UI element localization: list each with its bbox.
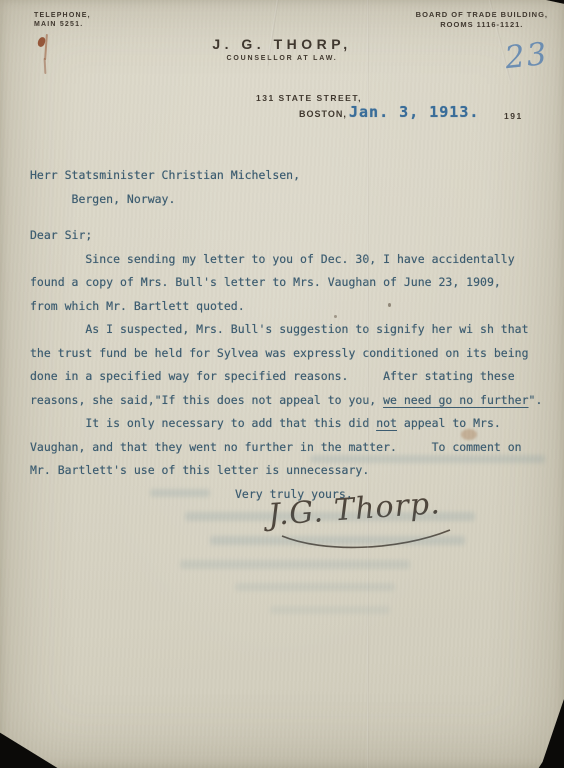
- letter-line: Since sending my letter to you of Dec. 3…: [30, 248, 550, 272]
- typed-text: It is only necessary to add that this di…: [30, 416, 376, 430]
- bleed-through-text: [235, 583, 395, 591]
- typed-text: As I suspected, Mrs. Bull's suggestion t…: [30, 322, 529, 336]
- bleed-through-text: [210, 536, 465, 545]
- printed-year-stub: 191: [504, 111, 523, 121]
- scanned-letter: TELEPHONE, MAIN 5251. J. G. THORP, COUNS…: [0, 0, 564, 768]
- underlined-text: not: [376, 416, 397, 430]
- typed-text: Bergen, Norway.: [30, 192, 175, 206]
- ink-smudge: [461, 429, 477, 440]
- letter-paper: TELEPHONE, MAIN 5251. J. G. THORP, COUNS…: [0, 0, 564, 768]
- typed-text: from which Mr. Bartlett quoted.: [30, 299, 245, 313]
- letter-line: the trust fund be held for Sylvea was ex…: [30, 342, 550, 366]
- handwritten-page-number: 23: [503, 36, 550, 76]
- telephone-block: TELEPHONE, MAIN 5251.: [34, 11, 91, 29]
- street-address: 131 STATE STREET,: [256, 93, 362, 103]
- city-label: BOSTON,: [299, 109, 347, 119]
- building-rooms: ROOMS 1116-1121.: [416, 20, 548, 30]
- typed-text: Dear Sir;: [30, 228, 92, 242]
- typed-text: the trust fund be held for Sylvea was ex…: [30, 346, 529, 360]
- letter-line: done in a specified way for specified re…: [30, 365, 550, 389]
- bleed-through-text: [150, 489, 210, 497]
- typed-text: Herr Statsminister Christian Michelsen,: [30, 168, 300, 182]
- typed-text: found a copy of Mrs. Bull's letter to Mr…: [30, 275, 501, 289]
- recipient-line: Bergen, Norway.: [30, 188, 550, 212]
- firm-name: J. G. THORP,: [182, 36, 382, 52]
- typed-text: Vaughan, and that they went no further i…: [30, 440, 522, 454]
- typed-text: Mr. Bartlett's use of this letter is unn…: [30, 463, 369, 477]
- letter-line: from which Mr. Bartlett quoted.: [30, 295, 550, 319]
- paper-fleck: [334, 315, 337, 318]
- typed-text: done in a specified way for specified re…: [30, 369, 515, 383]
- building-block: BOARD OF TRADE BUILDING, ROOMS 1116-1121…: [416, 10, 548, 29]
- bleed-through-text: [185, 512, 475, 521]
- fold-crease-vertical: [367, 0, 369, 768]
- typed-text: reasons, she said,"If this does not appe…: [30, 393, 383, 407]
- typed-text: appeal to Mrs.: [397, 416, 501, 430]
- bleed-through-text: [270, 606, 390, 614]
- letter-line: found a copy of Mrs. Bull's letter to Mr…: [30, 271, 550, 295]
- recipient-line: Herr Statsminister Christian Michelsen,: [30, 164, 550, 188]
- typed-text: ".: [529, 393, 543, 407]
- salutation-line: Dear Sir;: [30, 224, 550, 248]
- underlined-text: we need go no further: [383, 393, 528, 407]
- bleed-through-text: [180, 560, 410, 569]
- telephone-number: MAIN 5251.: [34, 20, 91, 29]
- firm-block: J. G. THORP, COUNSELLOR AT LAW.: [182, 36, 382, 66]
- ink-stroke: [44, 58, 47, 74]
- letter-line: reasons, she said,"If this does not appe…: [30, 389, 550, 413]
- firm-title: COUNSELLOR AT LAW.: [182, 52, 382, 66]
- paper-fleck: [388, 303, 391, 307]
- ink-stroke: [44, 34, 48, 60]
- bleed-through-text: [310, 455, 545, 463]
- building-name: BOARD OF TRADE BUILDING,: [416, 10, 548, 20]
- telephone-label: TELEPHONE,: [34, 11, 91, 20]
- letter-line: As I suspected, Mrs. Bull's suggestion t…: [30, 318, 550, 342]
- typed-text: Since sending my letter to you of Dec. 3…: [30, 252, 515, 266]
